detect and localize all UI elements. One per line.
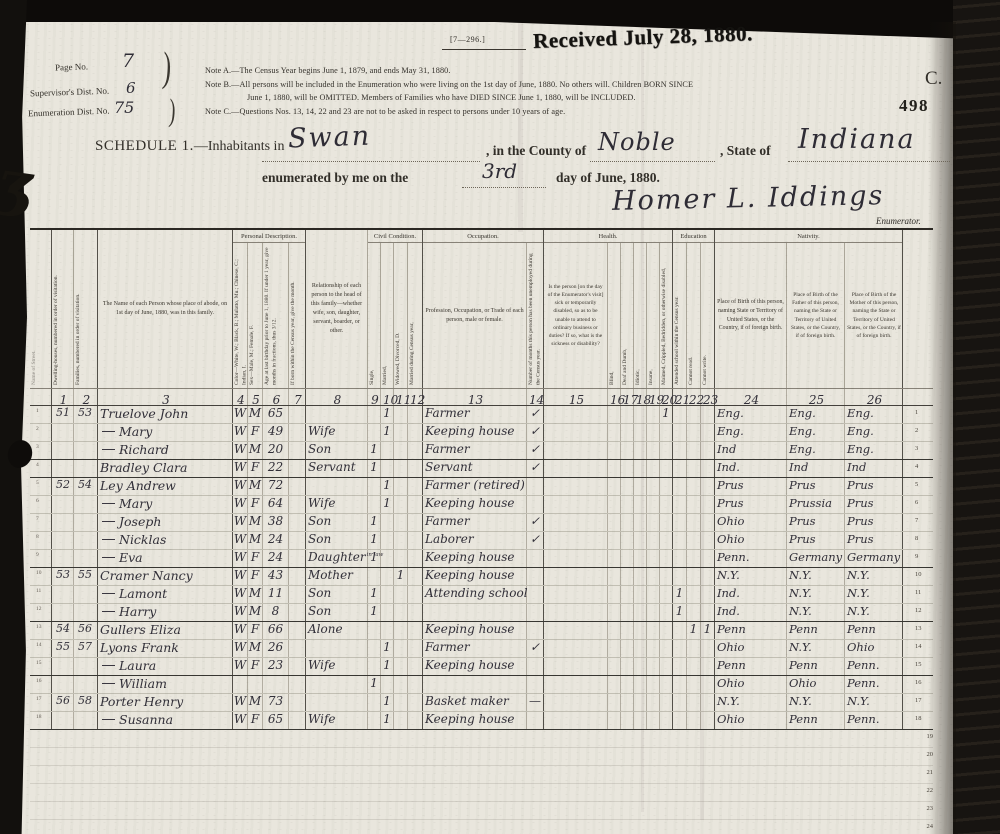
birthplace-father-header: Place of Birth of the Father of this per… bbox=[787, 243, 845, 388]
cell-c26: Prus bbox=[845, 496, 903, 513]
cell-gL: 9 bbox=[30, 550, 52, 567]
cell-c21 bbox=[673, 532, 687, 549]
cell-c3: Bradley Clara bbox=[98, 460, 233, 477]
cell-c5: F bbox=[248, 658, 263, 675]
cell-c6: 23 bbox=[263, 658, 289, 675]
supervisor-dist-value: 6 bbox=[126, 79, 136, 97]
cell-c11 bbox=[394, 496, 408, 513]
cell-c7 bbox=[289, 568, 306, 585]
cell-c7 bbox=[289, 514, 306, 531]
cell-c20 bbox=[660, 568, 673, 585]
cell-c3: Truelove John bbox=[98, 406, 233, 423]
name-column-header: The Name of each Person whose place of a… bbox=[98, 230, 233, 388]
column-number: 22 bbox=[687, 389, 701, 405]
cell-c26: Prus bbox=[845, 514, 903, 531]
cell-c24: Ohio bbox=[715, 514, 787, 531]
cell-c25: Prussia bbox=[787, 496, 845, 513]
cell-c1: 52 bbox=[52, 478, 74, 495]
cell-c24: Ohio bbox=[715, 712, 787, 729]
cell-c19 bbox=[647, 460, 660, 477]
cell-c6: 26 bbox=[263, 640, 289, 657]
cell-c15 bbox=[544, 712, 608, 729]
cell-c2: 58 bbox=[74, 694, 98, 711]
cell-c18 bbox=[634, 604, 647, 621]
cell-gR: 12 bbox=[903, 604, 933, 621]
cell-c6: 66 bbox=[263, 622, 289, 639]
cell-c9 bbox=[368, 406, 381, 423]
cell-c21 bbox=[673, 694, 687, 711]
cell-gR: 18 bbox=[903, 712, 933, 729]
note-a: Note A.—The Census Year begins June 1, 1… bbox=[205, 66, 450, 75]
cell-c8: Wife bbox=[306, 658, 368, 675]
cell-c2: 56 bbox=[74, 622, 98, 639]
cell-c24: Ohio bbox=[715, 640, 787, 657]
cell-c23 bbox=[701, 586, 715, 603]
cell-c3: Susanna bbox=[98, 712, 233, 729]
relationship-header: Relationship of each person to the head … bbox=[306, 230, 368, 388]
cell-c19 bbox=[647, 586, 660, 603]
cell-c15 bbox=[544, 532, 608, 549]
cell-c16 bbox=[608, 532, 621, 549]
cell-c12 bbox=[408, 406, 423, 423]
empty-row: 22 bbox=[30, 784, 933, 802]
cell-gL: 14 bbox=[30, 640, 52, 657]
cell-c17 bbox=[621, 676, 634, 693]
cell-c15 bbox=[544, 586, 608, 603]
cell-c17 bbox=[621, 604, 634, 621]
cell-c13: Farmer bbox=[423, 442, 527, 459]
blank-rule bbox=[788, 160, 950, 162]
cell-c1 bbox=[52, 550, 74, 567]
cell-c5: M bbox=[248, 586, 263, 603]
cell-c26: Germany bbox=[845, 550, 903, 567]
occupation-group: Occupation. Profession, Occupation, or T… bbox=[423, 230, 544, 388]
cell-c1: 56 bbox=[52, 694, 74, 711]
cell-c26: N.Y. bbox=[845, 694, 903, 711]
county-label: , in the County of bbox=[486, 143, 586, 159]
cell-c25: Penn bbox=[787, 712, 845, 729]
cell-c6: 24 bbox=[263, 550, 289, 567]
cell-c2: 55 bbox=[74, 568, 98, 585]
enumeration-dist-value: 75 bbox=[114, 98, 134, 117]
cell-gL: 17 bbox=[30, 694, 52, 711]
cell-c4: W bbox=[233, 460, 248, 477]
cell-c5: M bbox=[248, 640, 263, 657]
cell-c11 bbox=[394, 622, 408, 639]
cell-c9: 1 bbox=[368, 604, 381, 621]
cell-c17 bbox=[621, 550, 634, 567]
cell-c16 bbox=[608, 442, 621, 459]
cell-c6: 38 bbox=[263, 514, 289, 531]
cell-c15 bbox=[544, 658, 608, 675]
cell-c9: 1 bbox=[368, 550, 381, 567]
cell-gR: 3 bbox=[903, 442, 933, 459]
cell-c21 bbox=[673, 496, 687, 513]
cell-c3: Richard bbox=[98, 442, 233, 459]
cell-c11 bbox=[394, 550, 408, 567]
months-unemployed-header: Number of months this person has been un… bbox=[527, 243, 544, 388]
cell-c17 bbox=[621, 694, 634, 711]
cell-c1 bbox=[52, 442, 74, 459]
ditto-dash bbox=[102, 683, 115, 684]
cell-c6: 65 bbox=[263, 712, 289, 729]
cell-c19 bbox=[647, 550, 660, 567]
cell-c20 bbox=[660, 586, 673, 603]
cell-c22 bbox=[687, 406, 701, 423]
cell-c25: Germany bbox=[787, 550, 845, 567]
blank-rule bbox=[262, 160, 480, 162]
cell-c8 bbox=[306, 406, 368, 423]
cell-c6: 20 bbox=[263, 442, 289, 459]
column-number: 17 bbox=[621, 389, 634, 405]
cell-c25: N.Y. bbox=[787, 586, 845, 603]
color-header: Color—White, W.; Black, B.; Mulatto, Mu.… bbox=[233, 243, 248, 388]
cell-c1 bbox=[52, 712, 74, 729]
cell-c15 bbox=[544, 604, 608, 621]
cell-c15 bbox=[544, 694, 608, 711]
insane-header: Insane, bbox=[647, 243, 660, 388]
cell-c5: F bbox=[248, 424, 263, 441]
cell-c18 bbox=[634, 478, 647, 495]
cell-c13: Farmer bbox=[423, 514, 527, 531]
cell-c8: Son bbox=[306, 586, 368, 603]
enumerator-signature: Homer L. Iddings bbox=[612, 180, 885, 217]
cell-gR: 7 bbox=[903, 514, 933, 531]
cell-c26: Penn bbox=[845, 622, 903, 639]
cell-c19 bbox=[647, 622, 660, 639]
cell-c20 bbox=[660, 460, 673, 477]
cell-c21 bbox=[673, 676, 687, 693]
cell-c8: Daughterin law bbox=[306, 550, 368, 567]
cell-c11: 1 bbox=[394, 568, 408, 585]
cell-gL: 11 bbox=[30, 586, 52, 603]
cell-c22 bbox=[687, 604, 701, 621]
cell-gR: 4 bbox=[903, 460, 933, 477]
cell-c19 bbox=[647, 478, 660, 495]
cell-c17 bbox=[621, 496, 634, 513]
attended-school-header: Attended school within the Census year. bbox=[673, 243, 687, 388]
cell-c21 bbox=[673, 568, 687, 585]
cell-c16 bbox=[608, 406, 621, 423]
cell-c20 bbox=[660, 658, 673, 675]
cell-c21 bbox=[673, 442, 687, 459]
cell-c15 bbox=[544, 496, 608, 513]
cell-c2 bbox=[74, 496, 98, 513]
cell-c18 bbox=[634, 712, 647, 729]
cell-c23 bbox=[701, 550, 715, 567]
cell-c23 bbox=[701, 658, 715, 675]
blank-rule bbox=[462, 186, 546, 188]
enumeration-date-handwritten: 3rd bbox=[482, 159, 517, 183]
cell-c8: Son bbox=[306, 442, 368, 459]
cell-c3: Lamont bbox=[98, 586, 233, 603]
corner-letter: C. bbox=[925, 68, 942, 90]
cell-c24: Eng. bbox=[715, 406, 787, 423]
cell-c20 bbox=[660, 712, 673, 729]
cell-c6: 65 bbox=[263, 406, 289, 423]
cell-c21: 1 bbox=[673, 586, 687, 603]
cell-c16 bbox=[608, 460, 621, 477]
cell-c21 bbox=[673, 406, 687, 423]
cell-c22 bbox=[687, 460, 701, 477]
cell-c9: 1 bbox=[368, 514, 381, 531]
table-row: 3RichardWM20Son1Farmer✓IndEng.Eng.3 bbox=[30, 442, 933, 460]
cell-c11 bbox=[394, 460, 408, 477]
cell-c7 bbox=[289, 424, 306, 441]
cell-c23 bbox=[701, 694, 715, 711]
note-c: Note C.—Questions Nos. 13, 14, 22 and 23… bbox=[205, 107, 565, 116]
cell-c5: M bbox=[248, 532, 263, 549]
cell-c5: F bbox=[248, 622, 263, 639]
cell-c15 bbox=[544, 676, 608, 693]
cell-c17 bbox=[621, 658, 634, 675]
cell-c8 bbox=[306, 478, 368, 495]
birthplace-mother-header: Place of Birth of the Mother of this per… bbox=[845, 243, 903, 388]
table-row: 18SusannaWF65Wife1Keeping houseOhioPennP… bbox=[30, 712, 933, 730]
cell-c19 bbox=[647, 568, 660, 585]
cell-c2 bbox=[74, 658, 98, 675]
cell-c2 bbox=[74, 586, 98, 603]
cell-c22 bbox=[687, 658, 701, 675]
cell-c26: Ohio bbox=[845, 640, 903, 657]
cell-c9: 1 bbox=[368, 442, 381, 459]
cell-c22 bbox=[687, 550, 701, 567]
cell-c12 bbox=[408, 604, 423, 621]
column-number: 11 bbox=[394, 389, 408, 405]
cell-c26: Eng. bbox=[845, 424, 903, 441]
note-b-line1: Note B.—All persons will be included in … bbox=[205, 80, 693, 89]
cell-c7 bbox=[289, 496, 306, 513]
cell-c25: Prus bbox=[787, 478, 845, 495]
cell-c2: 57 bbox=[74, 640, 98, 657]
cell-c13 bbox=[423, 604, 527, 621]
cell-c3: Lyons Frank bbox=[98, 640, 233, 657]
cell-c13 bbox=[423, 676, 527, 693]
cell-c16 bbox=[608, 568, 621, 585]
row-number: 22 bbox=[915, 784, 934, 801]
cell-c22 bbox=[687, 676, 701, 693]
cell-c4: W bbox=[233, 406, 248, 423]
cell-c25: Prus bbox=[787, 514, 845, 531]
cell-c22 bbox=[687, 442, 701, 459]
cell-c7 bbox=[289, 694, 306, 711]
cell-c10 bbox=[381, 514, 394, 531]
cell-c22 bbox=[687, 568, 701, 585]
cell-c14 bbox=[527, 568, 544, 585]
cell-c22 bbox=[687, 424, 701, 441]
cell-c9 bbox=[368, 658, 381, 675]
cell-c9 bbox=[368, 622, 381, 639]
township-name-handwritten: Swan bbox=[287, 121, 371, 155]
column-number: 10 bbox=[381, 389, 394, 405]
form-code: [7—296.] bbox=[450, 35, 485, 44]
cell-c10: 1 bbox=[381, 658, 394, 675]
cell-c8 bbox=[306, 640, 368, 657]
cell-c14 bbox=[527, 604, 544, 621]
cell-c21 bbox=[673, 622, 687, 639]
cell-c22 bbox=[687, 478, 701, 495]
schedule-title-rest: —Inhabitants in bbox=[194, 139, 285, 154]
cell-c8: Mother bbox=[306, 568, 368, 585]
cell-gR: 10 bbox=[903, 568, 933, 585]
cell-c3: Nicklas bbox=[98, 532, 233, 549]
cell-c18 bbox=[634, 550, 647, 567]
cell-c20 bbox=[660, 622, 673, 639]
cell-c15 bbox=[544, 442, 608, 459]
cell-c3: Mary bbox=[98, 424, 233, 441]
cell-c10 bbox=[381, 604, 394, 621]
cell-gR: 5 bbox=[903, 478, 933, 495]
cell-c21: 1 bbox=[673, 604, 687, 621]
cell-c11 bbox=[394, 424, 408, 441]
empty-rows-area: 192021222324 bbox=[30, 730, 933, 834]
empty-row: 20 bbox=[30, 748, 933, 766]
cell-c16 bbox=[608, 694, 621, 711]
cell-c17 bbox=[621, 406, 634, 423]
cell-c11 bbox=[394, 604, 408, 621]
column-number: 20 bbox=[660, 389, 673, 405]
ditto-dash bbox=[102, 557, 115, 558]
cell-c9 bbox=[368, 424, 381, 441]
cell-c3: Gullers Eliza bbox=[98, 622, 233, 639]
cell-c24: Ind bbox=[715, 442, 787, 459]
cell-c12 bbox=[408, 478, 423, 495]
cell-c25: N.Y. bbox=[787, 640, 845, 657]
cell-c24: N.Y. bbox=[715, 568, 787, 585]
cell-c17 bbox=[621, 460, 634, 477]
cell-c2: 54 bbox=[74, 478, 98, 495]
right-margin-header bbox=[903, 230, 933, 388]
ditto-dash bbox=[102, 503, 115, 504]
column-number: 5 bbox=[248, 389, 263, 405]
cell-c16 bbox=[608, 640, 621, 657]
cell-c7 bbox=[289, 532, 306, 549]
cell-c13: Farmer (retired) bbox=[423, 478, 527, 495]
cell-c7 bbox=[289, 442, 306, 459]
cell-c1 bbox=[52, 676, 74, 693]
cell-c20 bbox=[660, 604, 673, 621]
cell-c17 bbox=[621, 532, 634, 549]
cell-c7 bbox=[289, 478, 306, 495]
cell-c1 bbox=[52, 496, 74, 513]
column-number: 1 bbox=[52, 389, 74, 405]
cell-c12 bbox=[408, 586, 423, 603]
cell-c13: Servant bbox=[423, 460, 527, 477]
cell-c24: Ohio bbox=[715, 676, 787, 693]
table-row: 15LauraWF23Wife1Keeping housePennPennPen… bbox=[30, 658, 933, 676]
cell-c6: 72 bbox=[263, 478, 289, 495]
cell-c16 bbox=[608, 550, 621, 567]
cell-c16 bbox=[608, 604, 621, 621]
cell-gL: 7 bbox=[30, 514, 52, 531]
cell-c20 bbox=[660, 424, 673, 441]
column-number: 12 bbox=[408, 389, 423, 405]
widowed-header: Widowed, Divorced, D. bbox=[394, 243, 408, 388]
cell-c13: Keeping house bbox=[423, 622, 527, 639]
cell-c20 bbox=[660, 694, 673, 711]
cell-c15 bbox=[544, 568, 608, 585]
married-header: Married, bbox=[381, 243, 394, 388]
cell-c10: 1 bbox=[381, 712, 394, 729]
cell-c21 bbox=[673, 424, 687, 441]
cell-c25: N.Y. bbox=[787, 568, 845, 585]
cell-c11 bbox=[394, 586, 408, 603]
cell-c23 bbox=[701, 568, 715, 585]
cell-c5: M bbox=[248, 514, 263, 531]
cell-c4: W bbox=[233, 514, 248, 531]
cell-c7 bbox=[289, 712, 306, 729]
cell-c3: Harry bbox=[98, 604, 233, 621]
cell-c4: W bbox=[233, 442, 248, 459]
cell-c3: Eva bbox=[98, 550, 233, 567]
cell-c10 bbox=[381, 460, 394, 477]
column-number: 13 bbox=[423, 389, 527, 405]
sheet-number: 498 bbox=[899, 96, 929, 116]
cell-c14: ✓ bbox=[527, 532, 544, 549]
cell-c12 bbox=[408, 712, 423, 729]
cell-c25: Eng. bbox=[787, 424, 845, 441]
note-b-line2: June 1, 1880, will be OMITTED. Members o… bbox=[247, 93, 636, 102]
cell-gL: 18 bbox=[30, 712, 52, 729]
cell-c25: Penn bbox=[787, 658, 845, 675]
cell-c17 bbox=[621, 442, 634, 459]
cell-c26: Ind bbox=[845, 460, 903, 477]
cell-c4: W bbox=[233, 640, 248, 657]
date-suffix-label: day of June, 1880. bbox=[556, 170, 660, 186]
cell-gR: 16 bbox=[903, 676, 933, 693]
cell-c9 bbox=[368, 478, 381, 495]
column-number: 21 bbox=[673, 389, 687, 405]
cell-c24: Penn bbox=[715, 622, 787, 639]
cell-gR: 1 bbox=[903, 406, 933, 423]
cell-c18 bbox=[634, 424, 647, 441]
cell-c1: 54 bbox=[52, 622, 74, 639]
column-number bbox=[903, 389, 933, 405]
cell-c1: 55 bbox=[52, 640, 74, 657]
cell-c3: Joseph bbox=[98, 514, 233, 531]
cell-c13: Keeping house bbox=[423, 568, 527, 585]
cell-c23 bbox=[701, 460, 715, 477]
cell-c3: Cramer Nancy bbox=[98, 568, 233, 585]
table-row: 6MaryWF64Wife1Keeping housePrusPrussiaPr… bbox=[30, 496, 933, 514]
cell-c5: F bbox=[248, 550, 263, 567]
row-number: 21 bbox=[915, 766, 934, 783]
cell-c17 bbox=[621, 514, 634, 531]
cell-gL: 4 bbox=[30, 460, 52, 477]
empty-row: 21 bbox=[30, 766, 933, 784]
cell-c18 bbox=[634, 622, 647, 639]
cell-c6: 24 bbox=[263, 532, 289, 549]
column-number: 9 bbox=[368, 389, 381, 405]
cell-c22 bbox=[687, 514, 701, 531]
cell-c26: Penn. bbox=[845, 712, 903, 729]
cell-c20 bbox=[660, 550, 673, 567]
cell-c19 bbox=[647, 532, 660, 549]
cell-c21 bbox=[673, 514, 687, 531]
cell-c8: Son bbox=[306, 514, 368, 531]
cell-c16 bbox=[608, 586, 621, 603]
cell-c24: Ind. bbox=[715, 604, 787, 621]
personal-description-label: Personal Description. bbox=[233, 230, 305, 243]
column-number: 25 bbox=[787, 389, 845, 405]
cell-c21 bbox=[673, 550, 687, 567]
cell-gL: 16 bbox=[30, 676, 52, 693]
table-row: 145557Lyons FrankWM261Farmer✓OhioN.Y.Ohi… bbox=[30, 640, 933, 658]
cell-c11 bbox=[394, 694, 408, 711]
cell-c25: Prus bbox=[787, 532, 845, 549]
cell-gR: 9 bbox=[903, 550, 933, 567]
cell-c11 bbox=[394, 712, 408, 729]
